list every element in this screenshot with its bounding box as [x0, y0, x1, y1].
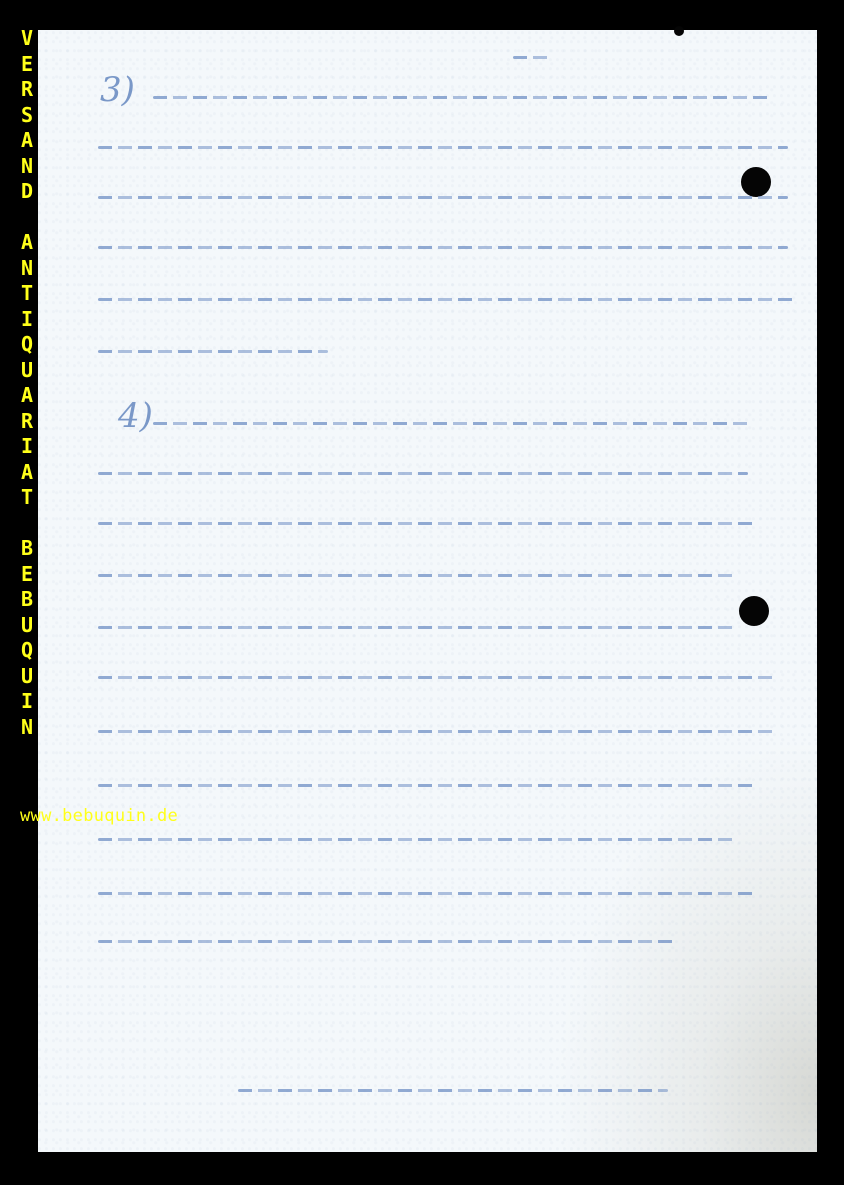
- letter-line: [98, 652, 797, 704]
- letter-line: [98, 498, 797, 550]
- letter-line: [98, 550, 797, 602]
- letter-line: [98, 602, 797, 654]
- letter-line: [98, 172, 797, 224]
- letter-page: 3) 4): [38, 30, 817, 1152]
- letter-line: [98, 760, 797, 812]
- watermark-vertical: VERSAND ANTIQUARIAT BEBUQUIN: [16, 26, 38, 740]
- letter-line: [98, 814, 797, 866]
- section-number-4: 4): [118, 396, 153, 436]
- letter-line: [98, 274, 797, 326]
- section-number-3: 3): [100, 70, 135, 110]
- letter-line: [98, 448, 797, 500]
- letter-line: [98, 122, 797, 174]
- letter-line: [153, 398, 797, 450]
- punch-notch: [674, 26, 684, 36]
- watermark-url: www.bebuquin.de: [20, 806, 178, 826]
- signature: [238, 1060, 668, 1101]
- letter-line: [98, 326, 797, 378]
- letter-line: [153, 72, 797, 124]
- letter-line: [98, 706, 797, 758]
- letter-line: [98, 222, 797, 274]
- margin-annotation: [513, 32, 553, 66]
- letter-line: [98, 916, 797, 968]
- letter-line: [98, 868, 797, 920]
